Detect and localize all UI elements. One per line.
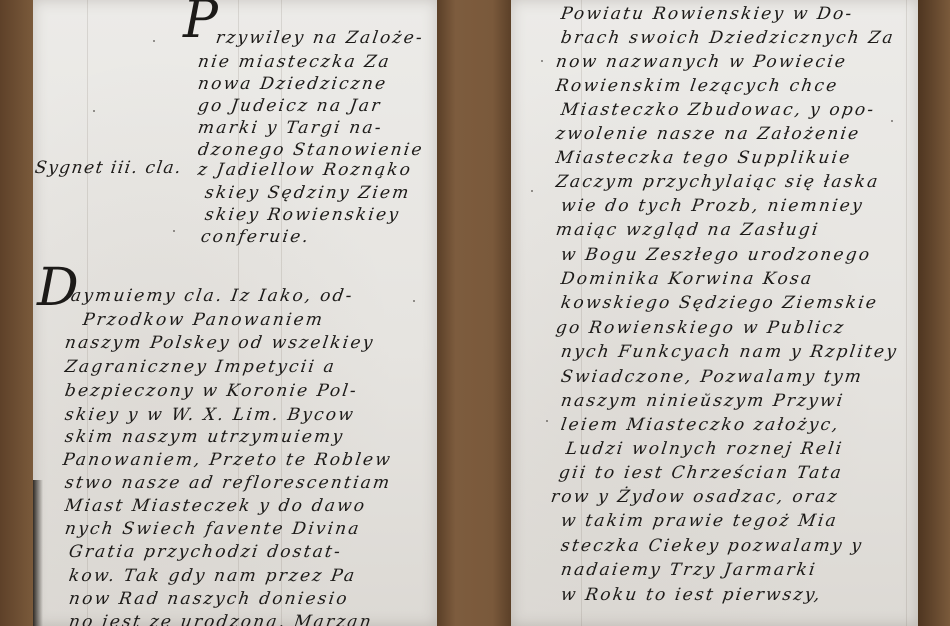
background-right-edge — [918, 0, 950, 626]
body-line: leiem Miasteczko założyc, — [560, 415, 842, 435]
body-line: kowskiego Sędziego Ziemskie — [560, 293, 880, 313]
heading-line: conferuie. — [200, 227, 312, 247]
heading-line: z Jadiellow Rozna̧ko — [197, 160, 414, 180]
heading-line: nowa Dziedziczne — [197, 74, 389, 94]
body-line: Miasteczka tego Supplikuie — [555, 148, 853, 168]
body-line: nych Swiech favente Divina — [64, 519, 363, 539]
heading-line: skiey Sędziny Ziem — [204, 183, 412, 203]
ruled-margin-line — [906, 0, 907, 626]
body-line: go Rowienskiego w Publicz — [555, 318, 847, 338]
body-line: Panowaniem, Przeto te Roblew — [62, 450, 394, 470]
ink-speck — [153, 40, 155, 42]
body-line: brach swoich Dziedzicznych Za — [560, 28, 897, 48]
body-line: now Rad naszych doniesio — [68, 589, 351, 609]
body-line: Zagraniczney Impetycii a — [64, 357, 338, 377]
body-line: gii to iest Chrześcian Tata — [558, 463, 845, 483]
body-line: nadaiemy Trzy Jarmarki — [560, 560, 819, 580]
manuscript-page-right: Powiatu Rowienskiey w Do- brach swoich D… — [511, 0, 918, 626]
body-line: naszym niniейszym Przywi — [560, 391, 846, 411]
heading-line: nie miasteczka Za — [197, 52, 393, 72]
background-left-edge — [0, 0, 33, 626]
heading-line: dzonego Stanowienie — [197, 140, 426, 160]
ink-speck — [173, 230, 175, 232]
margin-note: Sygnet iii. cla. — [34, 158, 184, 178]
body-line: Miast Miasteczek y do dawo — [64, 496, 368, 516]
body-line: wie do tych Prozb, niemniey — [560, 196, 866, 216]
ink-speck — [531, 190, 533, 192]
ink-speck — [891, 120, 893, 122]
body-line: bezpieczony w Koronie Pol- — [64, 381, 360, 401]
heading-line: rzywiley na Zalożе- — [215, 28, 426, 48]
body-line: w takim prawie tegoż Mia — [560, 511, 840, 531]
heading-line: go Judeicz na Jar — [197, 96, 383, 116]
heading-drop-cap: P — [183, 0, 218, 46]
ink-speck — [546, 420, 548, 422]
body-line: Przodkow Panowaniem — [82, 310, 326, 330]
body-line: Ludzi wolnych roznej Reli — [565, 439, 845, 459]
body-line: Swiadczone, Pozwalamy tym — [560, 367, 865, 387]
body-line: skim naszym utrzymuiemy — [64, 427, 346, 447]
body-line: maiąc wzgląd na Zasługi — [555, 220, 821, 240]
body-line: Powiatu Rowienskiey w Do- — [560, 4, 855, 24]
body-line: now nazwanych w Powiecie — [555, 52, 849, 72]
body-line: Gratia przychodzi dostat- — [68, 542, 344, 562]
body-line: w Roku to iest pierwszy, — [560, 585, 824, 605]
body-line: aymuiemy cla. Iz Iako, od- — [70, 286, 355, 306]
body-line: Zaczym przychylaiąc się łaska — [555, 172, 881, 192]
body-line: zwolenie nasze na Założenie — [555, 124, 862, 144]
ink-speck — [93, 110, 95, 112]
body-line: nych Funkcyach nam y Rzplitey — [560, 342, 900, 362]
manuscript-page-left: P rzywiley na Zalożе- nie miasteczka Za … — [33, 0, 437, 626]
body-line: Dominika Korwina Kosa — [560, 269, 815, 289]
body-line: kow. Tak gdy nam przez Pa — [68, 566, 358, 586]
body-line: stwo nasze ad reflorescentiam — [64, 473, 393, 493]
body-line: row y Żydow osadzac, oraz — [550, 487, 840, 507]
body-line: naszym Polskey od wszelkiey — [64, 333, 376, 353]
body-line: skiey y w W. X. Lim. Bycow — [64, 405, 357, 425]
ink-speck — [413, 300, 415, 302]
body-line: w Bogu Zeszłego urodzonego — [560, 245, 873, 265]
heading-line: skiey Rowienskiey — [204, 205, 402, 225]
heading-line: marki y Targi na- — [197, 118, 385, 138]
body-line: Miasteczko Zbudowac, y opo- — [560, 100, 877, 120]
body-line: steczka Ciekey pozwalamy y — [560, 536, 865, 556]
body-line: Rowienskim lezących chce — [555, 76, 840, 96]
background-center-gutter — [437, 0, 511, 626]
body-line: no iest ze urodzona, Marzan — [68, 612, 375, 626]
ink-speck — [541, 60, 543, 62]
